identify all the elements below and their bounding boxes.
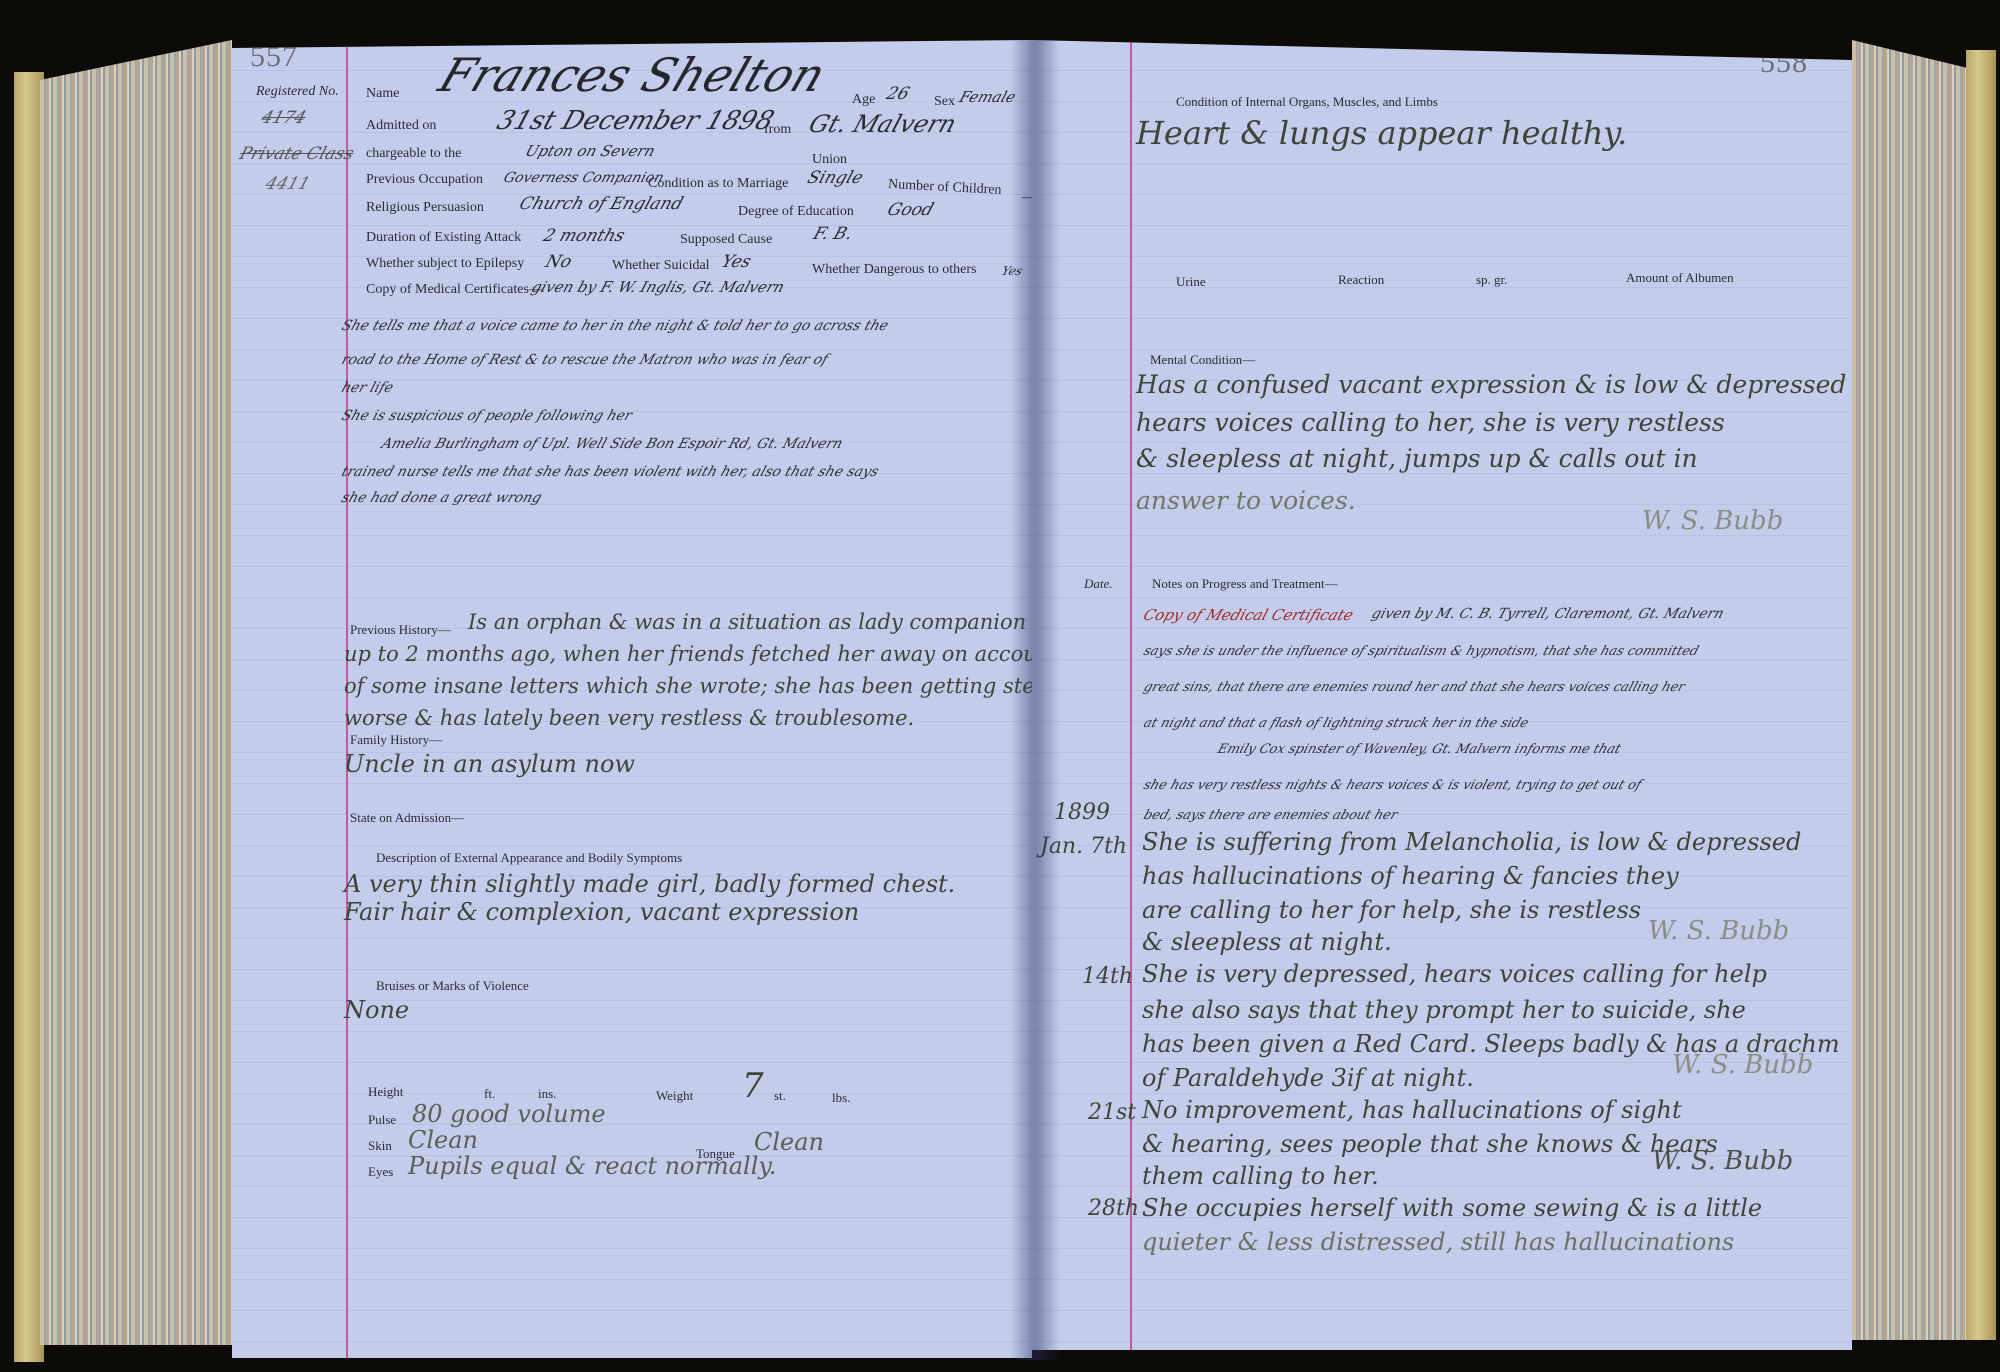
margin-rule bbox=[346, 40, 348, 1358]
from-label: from bbox=[764, 122, 791, 138]
previous-history-label: Previous History— bbox=[350, 622, 451, 638]
entry-year: 1899 bbox=[1054, 800, 1110, 825]
registered-no-value: 4411 bbox=[263, 174, 313, 194]
certificate-line: Amelia Burlingham of Upl. Well Side Bon … bbox=[379, 436, 844, 452]
entry-signature: W. S. Bubb bbox=[1652, 1146, 1793, 1176]
education-value: Good bbox=[885, 200, 936, 220]
pulse-label: Pulse bbox=[368, 1112, 396, 1128]
certificate-line: her life bbox=[339, 380, 395, 396]
children-label: Number of Children bbox=[888, 177, 1002, 199]
notes-certificate-line: Emily Cox spinster of Wavenley, Gt. Malv… bbox=[1216, 742, 1623, 757]
mental-line: answer to voices. bbox=[1136, 486, 1356, 515]
st-label: st. bbox=[774, 1088, 786, 1104]
eyes-label: Eyes bbox=[368, 1164, 393, 1180]
entry-line: she also says that they prompt her to su… bbox=[1142, 996, 1746, 1024]
chargeable-value: Upton on Severn bbox=[523, 142, 657, 160]
eyes-value: Pupils equal & react normally. bbox=[408, 1152, 776, 1180]
cause-value: F. B. bbox=[811, 224, 855, 244]
certificate-line: She is suspicious of people following he… bbox=[339, 408, 634, 424]
registered-class-old: Private Class bbox=[237, 144, 357, 164]
certificate-line: road to the Home of Rest & to rescue the… bbox=[339, 352, 830, 368]
entry-date: 21st bbox=[1088, 1100, 1136, 1125]
registered-no-old: 4174 bbox=[259, 108, 309, 128]
albumen-label: Amount of Albumen bbox=[1626, 270, 1734, 286]
registered-no-label: Registered No. bbox=[256, 84, 339, 100]
notes-label: Notes on Progress and Treatment— bbox=[1152, 576, 1338, 592]
entry-line: of Paraldehyde 3if at night. bbox=[1142, 1064, 1474, 1092]
left-page: 557 Registered No. 4174 Private Class 44… bbox=[232, 40, 1032, 1358]
notes-certificate-line: she has very restless nights & hears voi… bbox=[1142, 778, 1644, 793]
suicidal-label: Whether Suicidal bbox=[612, 258, 710, 274]
union-label: Union bbox=[812, 152, 847, 168]
certificate-line: she had done a great wrong bbox=[339, 490, 543, 506]
chargeable-label: chargeable to the bbox=[366, 146, 461, 162]
patient-name: Frances Shelton bbox=[432, 48, 833, 102]
notes-certificate-line: great sins, that there are enemies round… bbox=[1142, 680, 1687, 695]
family-history-label: Family History— bbox=[350, 732, 442, 748]
entry-date: 28th bbox=[1088, 1196, 1139, 1221]
education-label: Degree of Education bbox=[738, 204, 854, 220]
entry-line: She is suffering from Melancholia, is lo… bbox=[1142, 828, 1801, 856]
dangerous-label: Whether Dangerous to others bbox=[812, 262, 976, 278]
skin-label: Skin bbox=[368, 1138, 392, 1154]
spgr-label: sp. gr. bbox=[1476, 272, 1507, 288]
page-number: 557 bbox=[250, 40, 298, 74]
date-column-label: Date. bbox=[1084, 576, 1113, 592]
certificates-value: given by F. W. Inglis, Gt. Malvern bbox=[529, 278, 787, 296]
religion-label: Religious Persuasion bbox=[366, 200, 484, 216]
occupation-value: Governess Companion bbox=[501, 170, 665, 186]
duration-label: Duration of Existing Attack bbox=[366, 230, 521, 246]
organs-label: Condition of Internal Organs, Muscles, a… bbox=[1176, 94, 1438, 110]
pulse-value: 80 good volume bbox=[412, 1100, 606, 1128]
mental-line: & sleepless at night, jumps up & calls o… bbox=[1136, 444, 1698, 473]
entry-line: has hallucinations of hearing & fancies … bbox=[1142, 862, 1679, 890]
previous-history-line: up to 2 months ago, when her friends fet… bbox=[344, 642, 1032, 666]
mental-condition-label: Mental Condition— bbox=[1150, 352, 1255, 368]
weight-label: Weight bbox=[656, 1088, 693, 1104]
religion-value: Church of England bbox=[517, 194, 686, 214]
skin-value: Clean bbox=[408, 1126, 478, 1154]
family-history-value: Uncle in an asylum now bbox=[344, 750, 635, 778]
description-label: Description of External Appearance and B… bbox=[376, 850, 682, 866]
from-value: Gt. Malvern bbox=[805, 110, 959, 138]
notes-certificate-line: given by M. C. B. Tyrrell, Claremont, Gt… bbox=[1369, 606, 1725, 622]
age-value: 26 bbox=[884, 84, 912, 104]
entry-date: 14th bbox=[1082, 964, 1133, 989]
suicidal-value: Yes bbox=[719, 252, 754, 272]
right-page: 558 Condition of Internal Organs, Muscle… bbox=[1032, 40, 1852, 1350]
entry-line: She is very depressed, hears voices call… bbox=[1142, 960, 1767, 988]
mental-line: hears voices calling to her, she is very… bbox=[1136, 408, 1725, 437]
entry-line: & sleepless at night. bbox=[1142, 928, 1392, 956]
height-label: Height bbox=[368, 1084, 403, 1100]
entry-line: & hearing, sees people that she knows & … bbox=[1142, 1130, 1718, 1158]
bruises-label: Bruises or Marks of Violence bbox=[376, 978, 529, 994]
sex-label: Sex bbox=[934, 94, 955, 110]
certificate-line: She tells me that a voice came to her in… bbox=[339, 318, 890, 334]
doctor-signature: W. S. Bubb bbox=[1642, 506, 1783, 536]
left-page-edges bbox=[40, 40, 232, 1345]
entry-signature: W. S. Bubb bbox=[1648, 916, 1789, 946]
page-number: 558 bbox=[1760, 46, 1808, 80]
left-cover bbox=[14, 72, 44, 1362]
notes-certificate-line: bed, says there are enemies about her bbox=[1142, 808, 1400, 823]
description-line: Fair hair & complexion, vacant expressio… bbox=[344, 898, 859, 926]
name-label: Name bbox=[366, 86, 399, 102]
urine-label: Urine bbox=[1176, 274, 1206, 290]
epilepsy-value: No bbox=[543, 252, 575, 272]
reaction-label: Reaction bbox=[1338, 272, 1384, 288]
duration-value: 2 months bbox=[541, 226, 628, 246]
age-label: Age bbox=[852, 92, 875, 108]
mental-line: Has a confused vacant expression & is lo… bbox=[1136, 370, 1846, 399]
entry-line: She occupies herself with some sewing & … bbox=[1142, 1194, 1762, 1222]
entry-line: No improvement, has hallucinations of si… bbox=[1142, 1096, 1682, 1124]
notes-certificate-line: says she is under the influence of spiri… bbox=[1142, 644, 1701, 659]
previous-history-line: of some insane letters which she wrote; … bbox=[344, 674, 1032, 698]
state-on-admission-label: State on Admission— bbox=[350, 810, 464, 826]
occupation-label: Previous Occupation bbox=[366, 172, 483, 188]
entry-signature: W. S. Bubb bbox=[1672, 1050, 1813, 1080]
description-line: A very thin slightly made girl, badly fo… bbox=[344, 870, 955, 898]
entry-line: are calling to her for help, she is rest… bbox=[1142, 896, 1641, 924]
right-cover bbox=[1966, 50, 1996, 1340]
certificate-heading: Copy of Medical Certificate bbox=[1141, 606, 1356, 624]
marriage-label: Condition as to Marriage bbox=[648, 176, 788, 192]
entry-line: quieter & less distressed, still has hal… bbox=[1142, 1228, 1734, 1256]
previous-history-line: Is an orphan & was in a situation as lad… bbox=[468, 610, 1026, 634]
epilepsy-label: Whether subject to Epilepsy bbox=[366, 256, 524, 272]
organs-value: Heart & lungs appear healthy. bbox=[1136, 114, 1627, 152]
admitted-label: Admitted on bbox=[366, 118, 436, 134]
entry-line: them calling to her. bbox=[1142, 1162, 1379, 1190]
marriage-value: Single bbox=[805, 168, 866, 188]
bruises-value: None bbox=[344, 996, 409, 1024]
certificate-line: trained nurse tells me that she has been… bbox=[339, 464, 880, 480]
cause-label: Supposed Cause bbox=[680, 232, 772, 248]
weight-value: 7 bbox=[742, 1066, 764, 1106]
right-page-edges bbox=[1852, 40, 1976, 1340]
book-gutter bbox=[1010, 40, 1060, 1360]
notes-certificate-line: at night and that a flash of lightning s… bbox=[1142, 716, 1531, 731]
admitted-value: 31st December 1898 bbox=[493, 106, 778, 136]
margin-rule bbox=[1130, 40, 1132, 1350]
previous-history-line: worse & has lately been very restless & … bbox=[344, 706, 914, 730]
lbs-label: lbs. bbox=[832, 1090, 850, 1106]
certificates-label: Copy of Medical Certificates— bbox=[366, 282, 543, 298]
